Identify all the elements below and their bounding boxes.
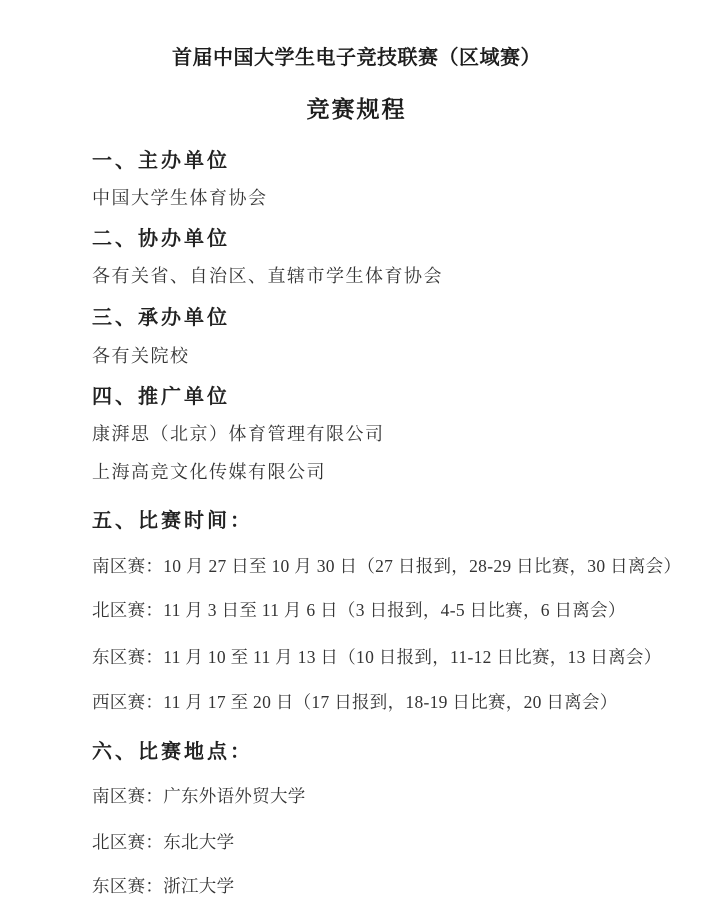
venue-south: 南区赛：广东外语外贸大学 (92, 786, 306, 806)
promoter-line-2: 上海高竞文化传媒有限公司 (92, 462, 326, 483)
organizer-line: 中国大学生体育协会 (92, 188, 268, 209)
section-heading-host: 三、承办单位 (92, 307, 230, 330)
promoter-line-1: 康湃思（北京）体育管理有限公司 (92, 424, 385, 445)
venue-east: 东区赛：浙江大学 (92, 876, 234, 896)
section-heading-venues: 六、比赛地点： (92, 741, 253, 764)
document-subtitle: 竞赛规程 (0, 96, 713, 122)
section-heading-promoter: 四、推广单位 (92, 386, 230, 409)
schedule-east: 东区赛：11 月 10 至 11 月 13 日（10 日报到，11-12 日比赛… (92, 647, 662, 667)
section-heading-organizer: 一、主办单位 (92, 150, 230, 173)
venue-north: 北区赛：东北大学 (92, 832, 234, 852)
section-heading-co-organizer: 二、协办单位 (92, 228, 230, 251)
schedule-west: 西区赛：11 月 17 至 20 日（17 日报到，18-19 日比赛，20 日… (92, 692, 618, 712)
schedule-north: 北区赛：11 月 3 日至 11 月 6 日（3 日报到，4-5 日比赛，6 日… (92, 600, 626, 620)
schedule-south: 南区赛：10 月 27 日至 10 月 30 日（27 日报到，28-29 日比… (92, 556, 681, 576)
co-organizer-line: 各有关省、自治区、直辖市学生体育协会 (92, 266, 443, 287)
document-title: 首届中国大学生电子竞技联赛（区域赛） (0, 47, 713, 70)
document-page: 首届中国大学生电子竞技联赛（区域赛） 竞赛规程 一、主办单位 中国大学生体育协会… (0, 0, 713, 905)
host-line: 各有关院校 (92, 346, 190, 367)
section-heading-schedule: 五、比赛时间： (92, 510, 253, 533)
